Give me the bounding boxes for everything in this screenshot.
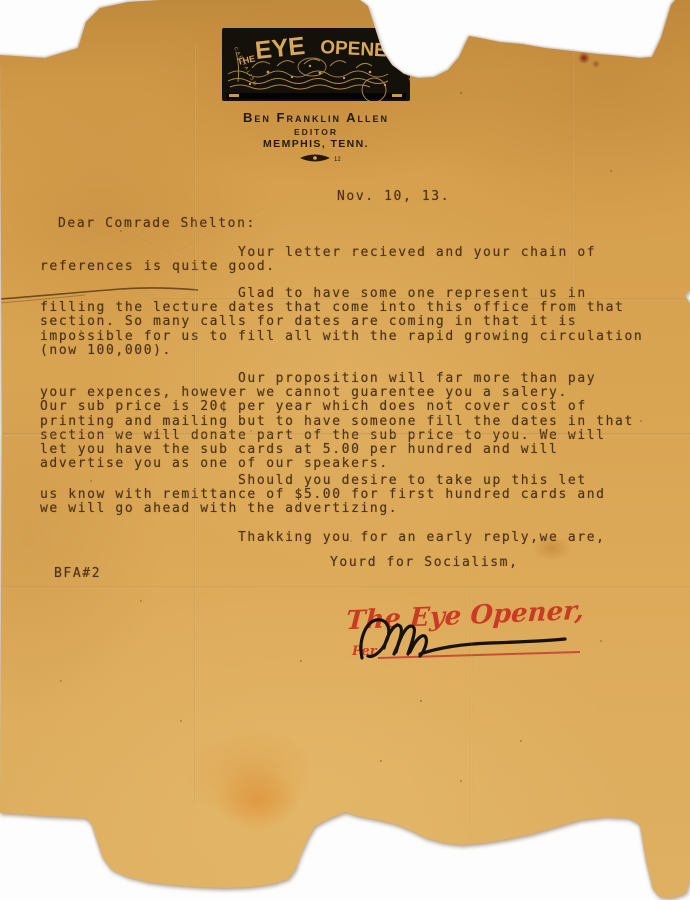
scanned-letter-page: THE EYE OPENER CAPITALISM SOCIALISM Ben …	[0, 0, 690, 900]
tear-crack	[0, 280, 220, 320]
masthead-word-eye: EYE	[254, 32, 307, 65]
union-label-ornament: 12	[298, 151, 348, 165]
torn-paper-sheet: THE EYE OPENER CAPITALISM SOCIALISM Ben …	[0, 0, 690, 900]
paper-shadow-wrap: THE EYE OPENER CAPITALISM SOCIALISM Ben …	[0, 0, 690, 900]
letterhead-location: MEMPHIS, TENN.	[196, 138, 436, 150]
editor-name: Ben Franklin Allen	[196, 110, 436, 125]
letter-signoff: Yourd for Socialism,	[330, 556, 519, 570]
masthead-background	[222, 28, 410, 101]
letter-date: Nov. 10, 13.	[337, 190, 450, 204]
letter-paragraph-4: Should you desire to take up this let us…	[40, 474, 606, 517]
letter-paragraph-1: Your letter recieved and your chain of r…	[40, 246, 596, 274]
letter-closing: Thakking you for an early reply,we are,	[40, 531, 606, 545]
editor-title: EDITOR	[196, 127, 436, 137]
paper-speckles	[0, 0, 2, 2]
reference-mark: BFA#2	[54, 567, 101, 581]
handwritten-signature	[350, 612, 585, 672]
signature-scrawl-allen	[361, 620, 565, 658]
letter-salutation: Dear Comrade Shelton:	[58, 217, 256, 231]
masthead-base-strip	[226, 93, 406, 99]
eye-opener-masthead-logo: THE EYE OPENER CAPITALISM SOCIALISM	[222, 28, 410, 101]
masthead-word-opener: OPENER	[320, 37, 402, 62]
horizontal-fold-crease-lower	[0, 586, 690, 589]
union-label-number: 12	[334, 157, 341, 163]
letter-paragraph-3: Our proposition will far more than pay y…	[40, 372, 634, 471]
